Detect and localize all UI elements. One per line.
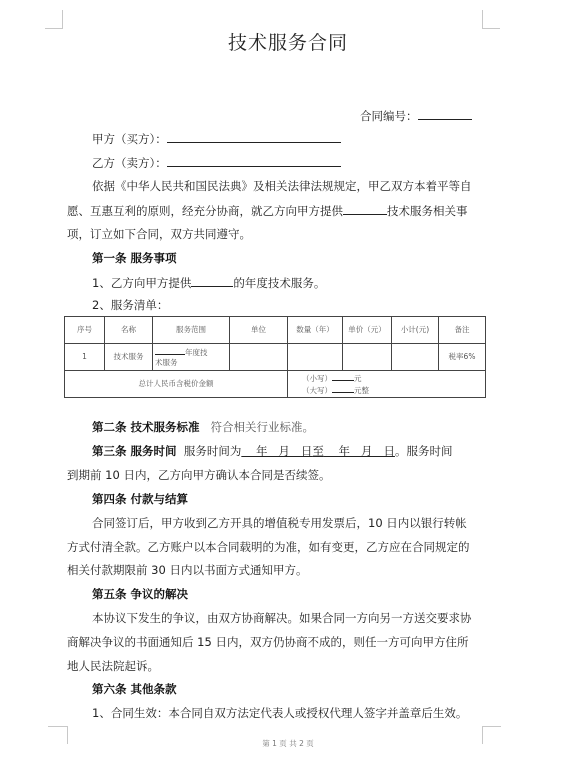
- corner-mark-top-left: [62, 10, 63, 28]
- total-big-field[interactable]: [332, 384, 354, 393]
- article-1-item-2: 2、服务清单：: [92, 298, 168, 312]
- table-row: 1 技术服务 年度技 术服务 税率6%: [65, 344, 486, 371]
- table-header-row: 序号 名称 服务范围 单位 数量（年） 单价（元） 小计(元) 备注: [65, 317, 486, 344]
- page-number: 第 1 页 共 2 页: [0, 738, 576, 749]
- contract-number: 合同编号：: [360, 108, 472, 123]
- article-4-line-3: 相关付款期限前 30 日内以书面方式通知甲方。: [67, 563, 307, 577]
- table-header: 备注: [439, 317, 486, 344]
- item-text: 的年度技术服务。: [233, 276, 325, 290]
- corner-mark-top-right: [482, 10, 483, 28]
- cell-name: 技术服务: [105, 344, 153, 371]
- article-3-line-2: 到期前 10 日内，乙方向甲方确认本合同是否续签。: [67, 468, 330, 482]
- article-5-line-2: 商解决争议的书面通知后 15 日内，双方仍协商不成的，则任一方可向甲方住所: [67, 635, 468, 649]
- article-5-line-3: 地人民法院起诉。: [67, 659, 159, 673]
- table-header: 单位: [230, 317, 288, 344]
- scope-blank[interactable]: [155, 346, 185, 355]
- corner-mark-bottom-left: [48, 726, 67, 727]
- total-small-unit: 元: [354, 374, 362, 383]
- service-blank[interactable]: [343, 203, 387, 215]
- article-4-line-1: 合同签订后，甲方收到乙方开具的增值税专用发票后，10 日内以银行转帐: [92, 516, 467, 530]
- article-3-heading: 第三条 服务时间: [92, 444, 177, 458]
- table-header: 数量（年）: [288, 317, 343, 344]
- total-small-label: （小写）: [302, 374, 332, 383]
- party-b-label: 乙方（卖方）：: [92, 156, 167, 170]
- cell-no: 1: [65, 344, 105, 371]
- table-header: 序号: [65, 317, 105, 344]
- document-title: 技术服务合同: [0, 28, 576, 55]
- article-3: 第三条 服务时间 服务时间为 年 月 日至 年 月 日。服务时间: [92, 444, 452, 458]
- table-header: 服务范围: [153, 317, 230, 344]
- cell-note: 税率6%: [439, 344, 486, 371]
- preamble-line-2: 愿、互惠互利的原则，经充分协商，就乙方向甲方提供技术服务相关事: [67, 203, 468, 218]
- total-label: 总计人民币含税价金额: [65, 371, 288, 398]
- article-5-heading: 第五条 争议的解决: [92, 587, 188, 601]
- table-header: 小计(元): [392, 317, 439, 344]
- contract-number-field[interactable]: [418, 108, 472, 120]
- preamble-text: 技术服务相关事: [387, 204, 468, 218]
- contract-number-label: 合同编号：: [360, 109, 418, 123]
- date-from-field[interactable]: 年 月 日: [241, 444, 312, 458]
- article-4-line-2: 方式付清全款。乙方账户以本合同载明的为准，如有变更，乙方应在合同规定的: [67, 540, 470, 554]
- corner-mark-bottom-right: [482, 726, 501, 727]
- party-a-label: 甲方（买方）：: [92, 132, 167, 146]
- article-1-heading: 第一条 服务事项: [92, 251, 177, 265]
- service-name-blank[interactable]: [191, 275, 233, 287]
- cell-unit[interactable]: [230, 344, 288, 371]
- table-total-row: 总计人民币含税价金额 （小写）元 （大写）元整: [65, 371, 486, 398]
- article-2-text: 符合相关行业标准。: [210, 420, 314, 434]
- total-amount: （小写）元 （大写）元整: [288, 371, 486, 398]
- party-a: 甲方（买方）：: [92, 131, 341, 146]
- service-list-table: 序号 名称 服务范围 单位 数量（年） 单价（元） 小计(元) 备注 1 技术服…: [64, 316, 486, 398]
- table-header: 名称: [105, 317, 153, 344]
- total-small-field[interactable]: [332, 372, 354, 381]
- article-2-heading: 第二条 技术服务标准: [92, 420, 200, 434]
- article-5-line-1: 本协议下发生的争议，由双方协商解决。如果合同一方向另一方送交要求协: [92, 611, 472, 625]
- item-text: 1、乙方向甲方提供: [92, 276, 191, 290]
- article-6-item-1: 1、合同生效：本合同自双方法定代表人或授权代理人签字并盖章后生效。: [92, 706, 467, 720]
- cell-price[interactable]: [343, 344, 392, 371]
- cell-subtotal[interactable]: [392, 344, 439, 371]
- party-a-field[interactable]: [167, 131, 341, 143]
- party-b-field[interactable]: [167, 155, 341, 167]
- party-b: 乙方（卖方）：: [92, 155, 341, 170]
- preamble-line-1: 依据《中华人民共和国民法典》及相关法律法规规定，甲乙双方本着平等自: [92, 179, 472, 193]
- date-to-word: 至: [312, 444, 324, 458]
- cell-qty[interactable]: [288, 344, 343, 371]
- table-header: 单价（元）: [343, 317, 392, 344]
- article-4-heading: 第四条 付款与结算: [92, 492, 188, 506]
- article-6-heading: 第六条 其他条款: [92, 682, 177, 696]
- article-3-text: 服务时间为: [184, 444, 242, 458]
- scope-text: 术服务: [155, 358, 178, 367]
- cell-scope: 年度技 术服务: [153, 344, 230, 371]
- total-big-unit: 元整: [354, 386, 369, 395]
- article-2: 第二条 技术服务标准 符合相关行业标准。: [92, 420, 314, 434]
- date-to-field[interactable]: 年 月 日: [324, 444, 395, 458]
- preamble-line-3: 项，订立如下合同，双方共同遵守。: [67, 227, 251, 241]
- scope-text: 年度技: [185, 348, 208, 357]
- total-big-label: （大写）: [302, 386, 332, 395]
- article-1-item-1: 1、乙方向甲方提供的年度技术服务。: [92, 275, 325, 290]
- preamble-text: 愿、互惠互利的原则，经充分协商，就乙方向甲方提供: [67, 204, 343, 218]
- article-3-text: 。服务时间: [395, 444, 453, 458]
